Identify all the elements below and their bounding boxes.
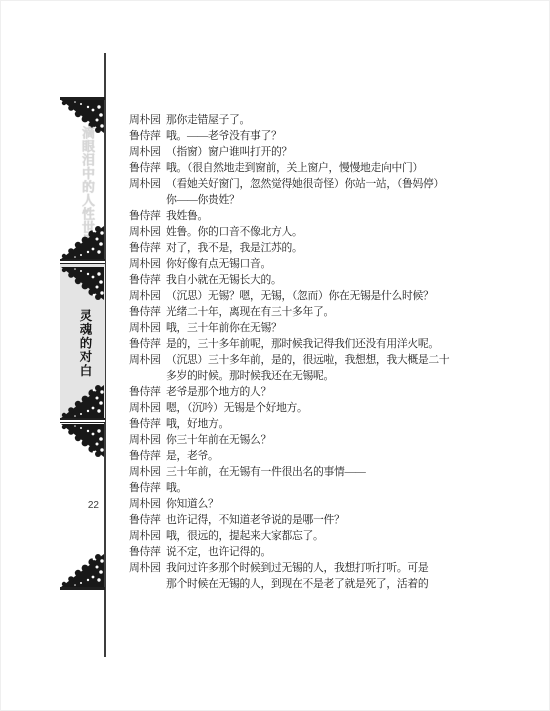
dialogue-line: 鲁侍萍哦。——老爷没有事了？ (129, 128, 459, 144)
line-text: 你三十年前在无锡么？ (166, 432, 459, 448)
line-text: 哦。 (166, 480, 459, 496)
speaker-name: 周朴园 (129, 176, 166, 192)
line-text: 老爷是那个地方的人？ (166, 384, 459, 400)
line-text: 哦。（很自然地走到窗前，关上窗户，慢慢地走向中门） (166, 160, 459, 176)
speaker-name: 周朴园 (129, 432, 166, 448)
line-text: 你知道么？ (166, 496, 459, 512)
line-text: （沉思）无锡？嗯，无锡，（忽而）你在无锡是什么时候？ (166, 288, 459, 304)
dialogue-line: 周朴园那你走错屋子了。 (129, 112, 459, 128)
dialogue-line: 鲁侍萍光绪二十年，离现在有三十多年了。 (129, 304, 459, 320)
speaker-name: 周朴园 (129, 352, 166, 368)
dialogue-line: 周朴园姓鲁。你的口音不像北方人。 (129, 224, 459, 240)
speaker-name: 鲁侍萍 (129, 544, 166, 560)
line-text: 你好像有点无锡口音。 (166, 256, 459, 272)
dialogue-line: 鲁侍萍也许记得，不知道老爷说的是哪一件？ (129, 512, 459, 528)
speaker-name: 周朴园 (129, 288, 166, 304)
speaker-name: 鲁侍萍 (129, 384, 166, 400)
line-text: 哦，很远的，提起来大家都忘了。 (166, 528, 459, 544)
dialogue-line: 周朴园你知道么？ (129, 496, 459, 512)
dialogue-line: 周朴园哦，三十年前你在无锡？ (129, 320, 459, 336)
speaker-name: 鲁侍萍 (129, 448, 166, 464)
dialogue-line: 鲁侍萍哦。（很自然地走到窗前，关上窗户，慢慢地走向中门） (129, 160, 459, 176)
speaker-name: 鲁侍萍 (129, 160, 166, 176)
dialogue-line: 周朴园（沉思）三十多年前，是的，很远啦，我想想，我大概是二十 (129, 352, 459, 368)
speaker-name: 周朴园 (129, 112, 166, 128)
line-text: 说不定，也许记得的。 (166, 544, 459, 560)
book-page: 滴眼泪中的人性世界 灵魂的对白 22 周朴园那你走错屋子了。鲁侍萍哦。——老爷没… (0, 0, 550, 711)
line-text: 是的，三十多年前呢，那时候我记得我们还没有用洋火呢。 (166, 336, 459, 352)
speaker-name: 鲁侍萍 (129, 240, 166, 256)
lace-corner-ornament-icon (61, 554, 104, 587)
line-text: 你——你贵姓？ (166, 192, 459, 208)
sidebar-double-rule (60, 418, 105, 423)
dialogue-line: 鲁侍萍哦。 (129, 480, 459, 496)
speaker-name: 周朴园 (129, 400, 166, 416)
dialogue-line: 周朴园嗯，（沉吟）无锡是个好地方。 (129, 400, 459, 416)
line-text: 那个时候在无锡的人，到现在不是老了就是死了，活着的 (166, 576, 459, 592)
dialogue-line: 周朴园你三十年前在无锡么？ (129, 432, 459, 448)
speaker-name: 鲁侍萍 (129, 416, 166, 432)
speaker-name: 周朴园 (129, 256, 166, 272)
dialogue-line: 你——你贵姓？ (129, 192, 459, 208)
dialogue-line: 鲁侍萍我自小就在无锡长大的。 (129, 272, 459, 288)
speaker-name (129, 368, 166, 384)
line-text: 多岁的时候。那时候我还在无锡呢。 (166, 368, 459, 384)
line-text: 对了，我不是，我是江苏的。 (166, 240, 459, 256)
line-text: 也许记得，不知道老爷说的是哪一件？ (166, 512, 459, 528)
dialogue-line: 鲁侍萍对了，我不是，我是江苏的。 (129, 240, 459, 256)
line-text: 那你走错屋子了。 (166, 112, 459, 128)
dialogue-line: 鲁侍萍是的，三十多年前呢，那时候我记得我们还没有用洋火呢。 (129, 336, 459, 352)
line-text: 光绪二十年，离现在有三十多年了。 (166, 304, 459, 320)
speaker-name: 鲁侍萍 (129, 128, 166, 144)
speaker-name: 鲁侍萍 (129, 304, 166, 320)
dialogue-line: 那个时候在无锡的人，到现在不是老了就是死了，活着的 (129, 576, 459, 592)
dialogue-line: 周朴园（指窗）窗户谁叫打开的？ (129, 144, 459, 160)
speaker-name: 鲁侍萍 (129, 336, 166, 352)
line-text: （指窗）窗户谁叫打开的？ (166, 144, 459, 160)
section-title-vertical: 灵魂的对白 (78, 309, 92, 387)
speaker-name: 周朴园 (129, 320, 166, 336)
line-text: 我自小就在无锡长大的。 (166, 272, 459, 288)
speaker-name: 周朴园 (129, 496, 166, 512)
speaker-name (129, 576, 166, 592)
dialogue-line: 鲁侍萍哦，好地方。 (129, 416, 459, 432)
dialogue-line: 周朴园我问过许多那个时候到过无锡的人，我想打听打听。可是 (129, 560, 459, 576)
line-text: 我问过许多那个时候到过无锡的人，我想打听打听。可是 (166, 560, 459, 576)
dialogue-line: 周朴园（看她关好窗门，忽然觉得她很奇怪）你站一站，（鲁妈停） (129, 176, 459, 192)
line-text: 哦。——老爷没有事了？ (166, 128, 459, 144)
sidebar-bottom-rule (60, 587, 105, 590)
line-text: 哦，好地方。 (166, 416, 459, 432)
line-text: （沉思）三十多年前，是的，很远啦，我想想，我大概是二十 (166, 352, 459, 368)
page-number: 22 (60, 500, 99, 511)
line-text: 三十年前，在无锡有一件很出名的事情—— (166, 464, 459, 480)
dialogue-line: 周朴园你好像有点无锡口音。 (129, 256, 459, 272)
speaker-name (129, 192, 166, 208)
line-text: 是，老爷。 (166, 448, 459, 464)
dialogue-line: 周朴园三十年前，在无锡有一件很出名的事情—— (129, 464, 459, 480)
line-text: 我姓鲁。 (166, 208, 459, 224)
line-text: （看她关好窗门，忽然觉得她很奇怪）你站一站，（鲁妈停） (166, 176, 459, 192)
speaker-name: 鲁侍萍 (129, 272, 166, 288)
speaker-name: 周朴园 (129, 464, 166, 480)
speaker-name: 周朴园 (129, 528, 166, 544)
speaker-name: 周朴园 (129, 144, 166, 160)
speaker-name: 周朴园 (129, 560, 166, 576)
dialogue-line: 多岁的时候。那时候我还在无锡呢。 (129, 368, 459, 384)
speaker-name: 鲁侍萍 (129, 208, 166, 224)
lace-corner-ornament-icon (61, 424, 104, 457)
dialogue-line: 周朴园（沉思）无锡？嗯，无锡，（忽而）你在无锡是什么时候？ (129, 288, 459, 304)
line-text: 哦，三十年前你在无锡？ (166, 320, 459, 336)
speaker-name: 周朴园 (129, 224, 166, 240)
lace-corner-ornament-icon (61, 226, 104, 259)
dialogue-line: 周朴园哦，很远的，提起来大家都忘了。 (129, 528, 459, 544)
lace-corner-ornament-icon (61, 267, 104, 300)
dialogue-line: 鲁侍萍老爷是那个地方的人？ (129, 384, 459, 400)
dialogue-line: 鲁侍萍我姓鲁。 (129, 208, 459, 224)
dialogue-text-block: 周朴园那你走错屋子了。鲁侍萍哦。——老爷没有事了？周朴园（指窗）窗户谁叫打开的？… (129, 112, 459, 592)
lace-corner-ornament-icon (61, 385, 104, 418)
dialogue-line: 鲁侍萍是，老爷。 (129, 448, 459, 464)
speaker-name: 鲁侍萍 (129, 512, 166, 528)
dialogue-line: 鲁侍萍说不定，也许记得的。 (129, 544, 459, 560)
speaker-name: 鲁侍萍 (129, 480, 166, 496)
line-text: 姓鲁。你的口音不像北方人。 (166, 224, 459, 240)
line-text: 嗯，（沉吟）无锡是个好地方。 (166, 400, 459, 416)
